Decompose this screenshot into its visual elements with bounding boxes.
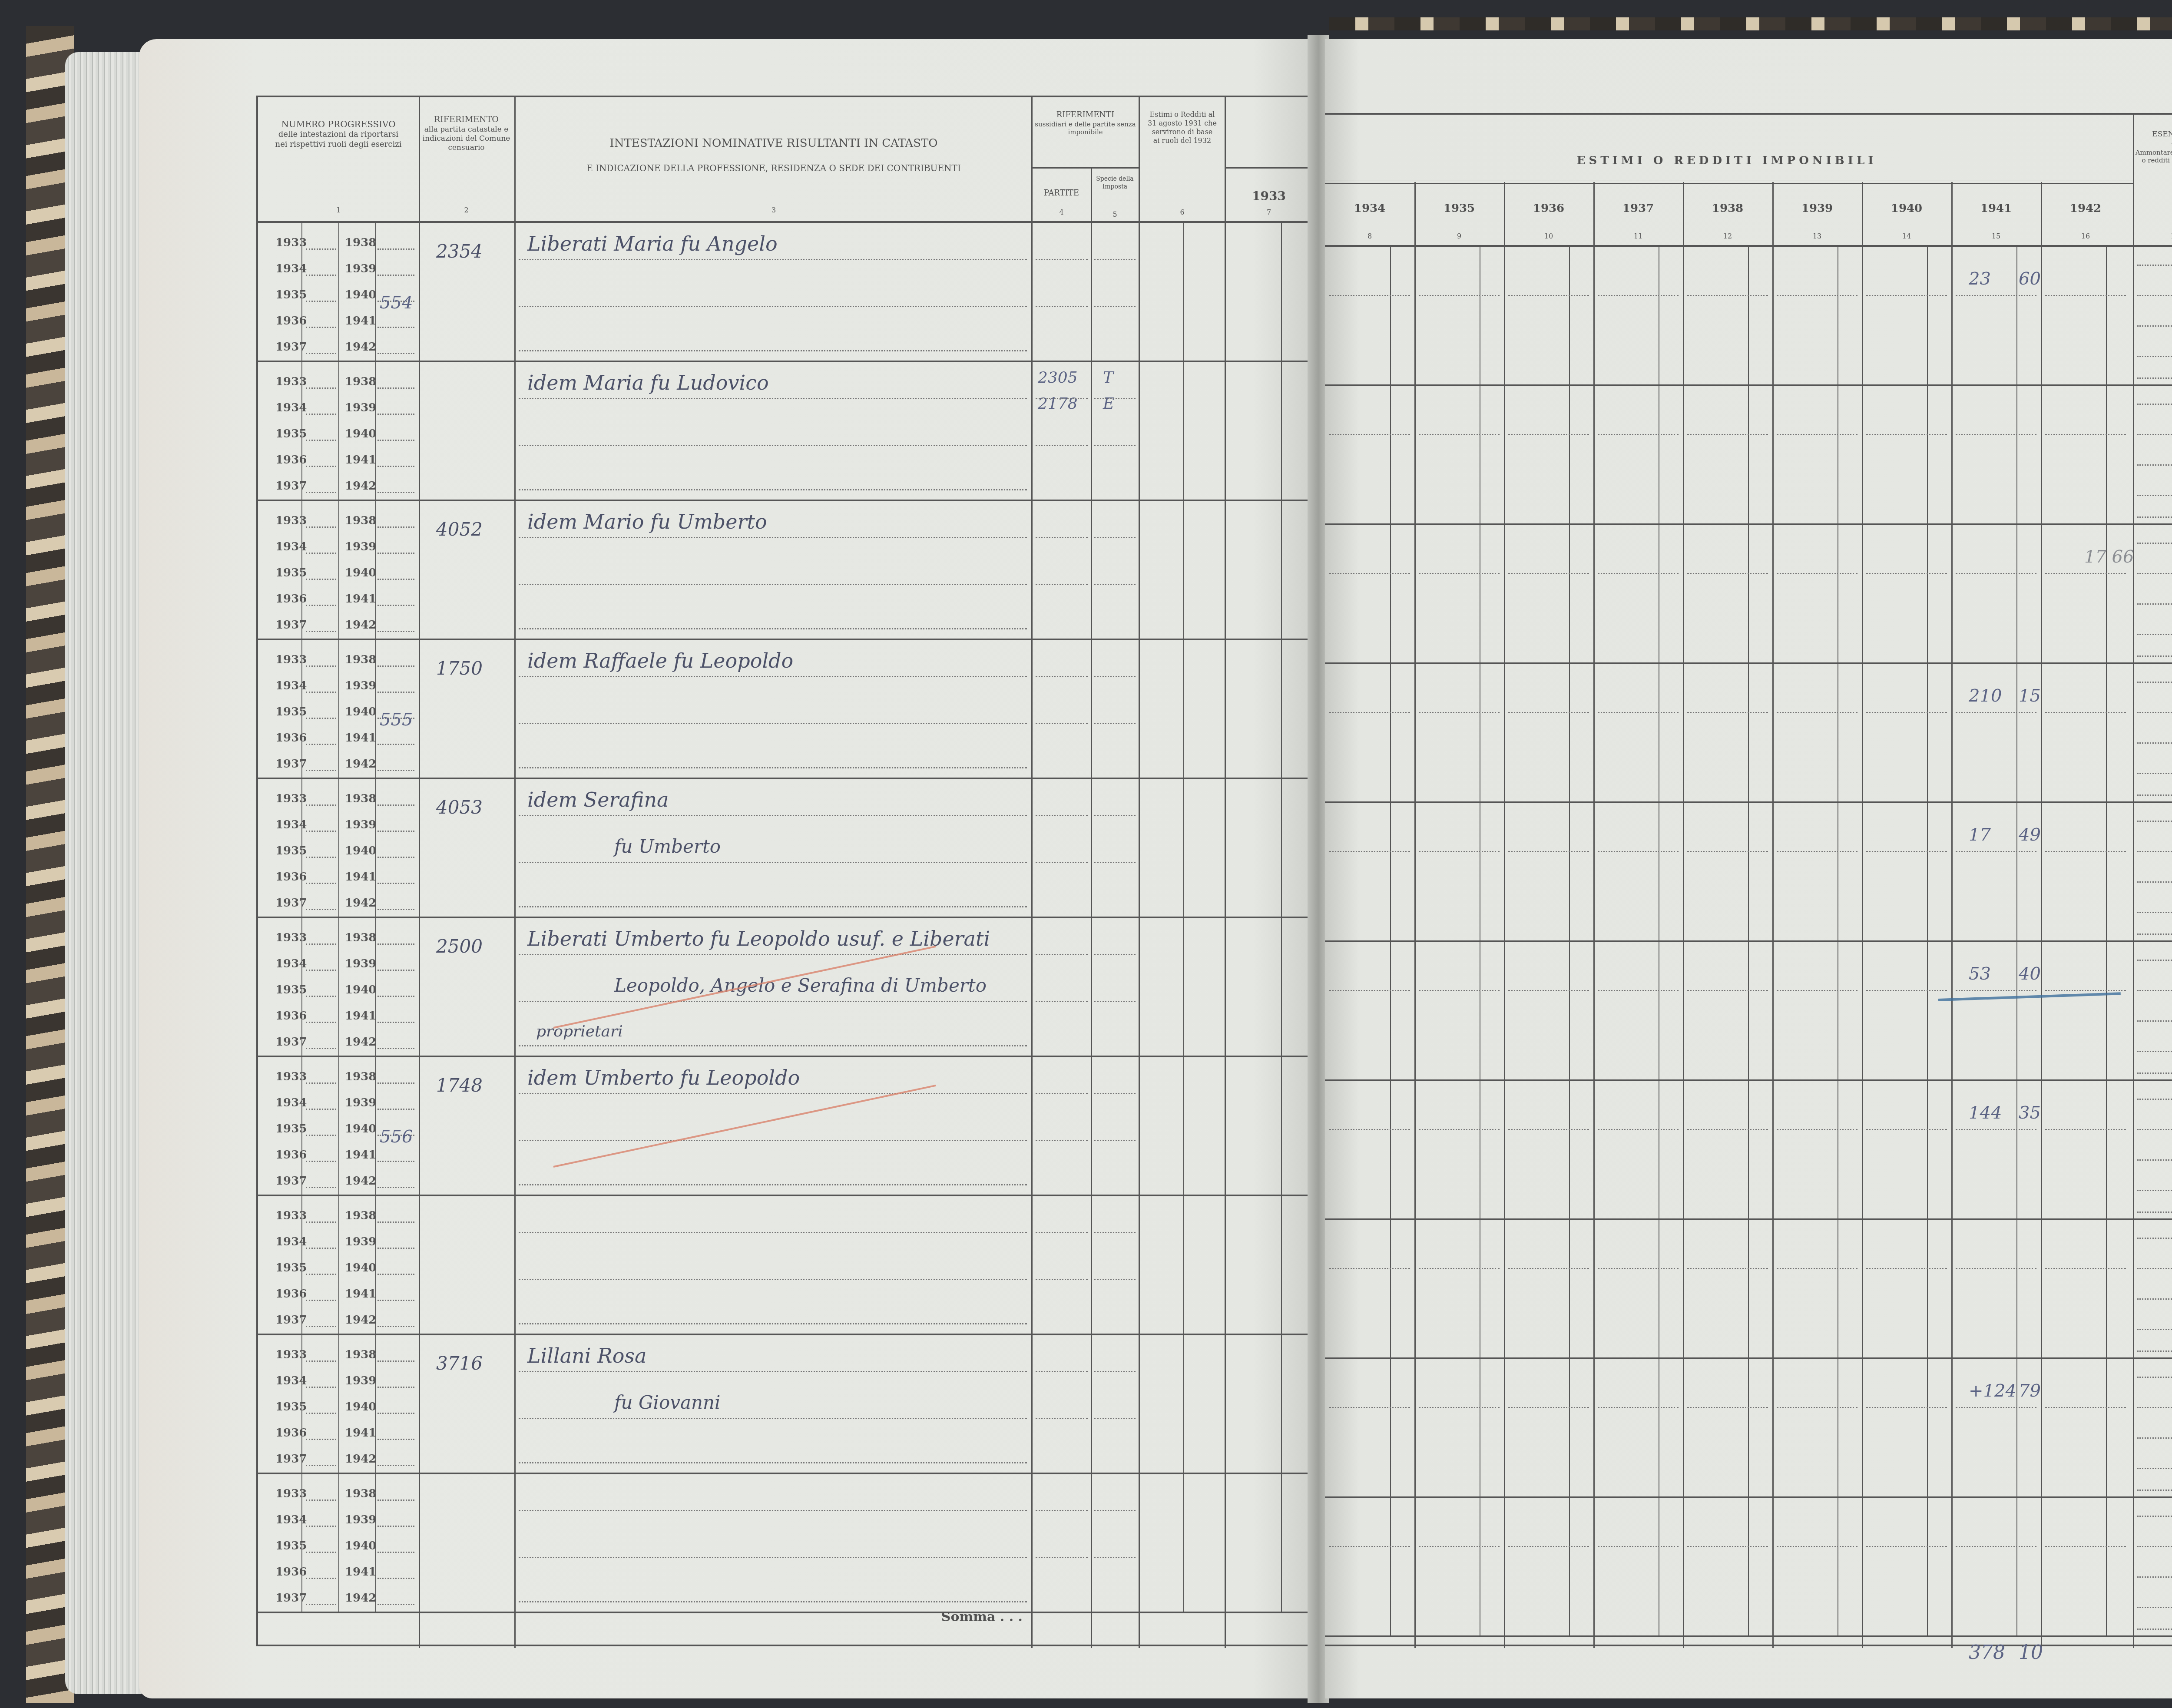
divider — [338, 362, 339, 501]
divider — [1325, 180, 2133, 184]
dotted-rule — [377, 387, 414, 389]
dotted-rule — [377, 744, 414, 745]
divider — [301, 1335, 302, 1474]
dotted-rule — [1036, 1510, 1088, 1511]
cents-divider — [1659, 664, 1659, 803]
dotted-rule — [2137, 682, 2172, 683]
cents-divider — [1927, 1359, 1928, 1498]
table-row: 14435 — [1325, 1081, 2172, 1220]
taxpayer-name-line1: idem Mario fu Umberto — [527, 510, 767, 533]
dotted-rule — [1866, 573, 1947, 574]
dotted-rule — [377, 1604, 414, 1605]
dotted-rule — [377, 1109, 414, 1110]
dotted-rule — [2137, 821, 2172, 822]
dotted-rule — [306, 353, 336, 354]
dotted-rule — [1598, 295, 1679, 296]
value-1941-cents: 40 — [2019, 964, 2041, 984]
year-label: 1942 — [345, 1453, 376, 1466]
taxpayer-name-line1: Lillani Rosa — [527, 1344, 646, 1367]
col17-dash: — — [2134, 139, 2172, 148]
cents-divider — [1390, 664, 1391, 803]
value-1941: +124 — [1969, 1381, 2016, 1401]
divider — [375, 501, 376, 640]
cents-divider — [1748, 1220, 1749, 1359]
cents-divider — [1927, 1081, 1928, 1220]
table-row: 5340579 — [1325, 942, 2172, 1081]
dotted-rule — [1687, 434, 1768, 435]
cents-divider — [1748, 942, 1749, 1081]
year-label: 1939 — [345, 957, 376, 970]
dotted-rule — [377, 883, 414, 884]
dotted-rule — [306, 1248, 336, 1249]
cents-divider — [1748, 386, 1749, 525]
dotted-rule — [1094, 1232, 1136, 1233]
table-row: 1933193819341939193519401936194119371942… — [258, 362, 1314, 501]
dotted-rule — [306, 1274, 336, 1275]
cents-divider — [2016, 803, 2017, 942]
dotted-rule — [1329, 1407, 1410, 1408]
divider — [301, 1474, 302, 1613]
dotted-rule — [1687, 1268, 1768, 1269]
cents-divider — [1659, 1498, 1659, 1637]
totals-row: 37810 — [1325, 1637, 2172, 1681]
dotted-rule — [2045, 712, 2126, 713]
dotted-rule — [306, 1221, 336, 1223]
dotted-rule — [377, 1082, 414, 1084]
dotted-rule — [1508, 1268, 1589, 1269]
column-number: 15 — [1951, 232, 2041, 240]
dotted-rule — [2137, 1377, 2172, 1378]
dotted-rule — [2137, 543, 2172, 544]
column-number: 9 — [1414, 232, 1504, 240]
partita-number: 4053 — [436, 797, 483, 818]
dotted-rule — [519, 1601, 1027, 1602]
dotted-rule — [1598, 712, 1679, 713]
dotted-rule — [519, 350, 1027, 351]
dotted-rule — [519, 815, 1027, 816]
cents-divider — [1390, 1220, 1391, 1359]
dotted-rule — [1777, 573, 1857, 574]
col45-subtitle: sussidiari e delle partite senza imponib… — [1032, 120, 1139, 137]
value-1942: 17 66 — [2084, 547, 2134, 567]
dotted-rule — [306, 387, 336, 389]
dotted-rule — [2137, 960, 2172, 961]
dotted-rule — [519, 906, 1027, 907]
partita-number: 4052 — [436, 519, 483, 540]
dotted-rule — [377, 1439, 414, 1440]
cents-divider — [1480, 1220, 1480, 1359]
cents-divider — [1659, 803, 1659, 942]
dotted-rule — [2137, 1159, 2172, 1161]
dotted-rule — [1508, 573, 1589, 574]
divider — [1032, 167, 1139, 169]
dotted-rule — [1036, 815, 1088, 816]
dotted-rule — [306, 1465, 336, 1466]
dotted-rule — [519, 1093, 1027, 1094]
dotted-rule — [1094, 676, 1136, 677]
divider — [301, 779, 302, 918]
dotted-rule — [2137, 1268, 2172, 1269]
divider — [338, 501, 339, 640]
col5-number: 5 — [1092, 210, 1138, 218]
column-number: 8 — [1325, 232, 1414, 240]
dotted-rule — [2137, 881, 2172, 883]
cents-divider — [1569, 803, 1570, 942]
cents-divider — [1927, 664, 1928, 803]
dotted-rule — [1419, 851, 1500, 852]
col45-title: RIFERIMENTI — [1032, 110, 1139, 120]
dotted-rule — [1866, 1546, 1947, 1547]
dotted-rule — [2045, 573, 2126, 574]
divider — [375, 1057, 376, 1196]
dotted-rule — [2045, 295, 2126, 296]
year-label: 1941 — [345, 1010, 376, 1023]
dotted-rule — [519, 398, 1027, 399]
cents-divider — [2016, 525, 2017, 664]
divider — [338, 918, 339, 1057]
dotted-rule — [1036, 954, 1088, 955]
dotted-rule — [2137, 1629, 2172, 1630]
cents-divider — [1569, 1498, 1570, 1637]
dotted-rule — [377, 1187, 414, 1188]
sub-partita: 2305 — [1038, 369, 1078, 387]
dotted-rule — [306, 744, 336, 745]
cents-divider — [1569, 247, 1570, 386]
year-label: 1940 — [345, 844, 376, 857]
cents-divider — [1480, 942, 1480, 1081]
dotted-rule — [1036, 1140, 1088, 1141]
dotted-rule — [1094, 259, 1136, 260]
dotted-rule — [1508, 434, 1589, 435]
table-row: 21015578 — [1325, 664, 2172, 803]
tax-type: T — [1103, 369, 1113, 387]
right-page: Mod. 111 - Imposte Dirette (Intercalare)… — [1325, 39, 2172, 1698]
dotted-rule — [1866, 434, 1947, 435]
cents-divider — [1480, 247, 1480, 386]
table-row: 1933193819341939193519401936194119371942… — [258, 779, 1314, 918]
divider — [1183, 779, 1184, 918]
cents-divider — [1480, 1498, 1480, 1637]
dotted-rule — [306, 631, 336, 632]
dotted-rule — [1508, 1546, 1589, 1547]
taxpayer-name-line1: idem Serafina — [527, 788, 669, 811]
taxpayer-name-line1: idem Maria fu Ludovico — [527, 371, 769, 394]
cents-divider — [2106, 1498, 2107, 1637]
right-register-table: ESTIMI O REDDITI IMPONIBILI 193481935919… — [1325, 113, 2172, 1646]
cents-divider — [1659, 386, 1659, 525]
dotted-rule — [519, 1140, 1027, 1141]
dotted-rule — [306, 1604, 336, 1605]
dotted-rule — [1094, 306, 1136, 307]
dotted-rule — [306, 327, 336, 328]
column-number: 13 — [1772, 232, 1862, 240]
cents-divider — [1569, 664, 1570, 803]
cents-divider — [1480, 1359, 1480, 1498]
year-label: 1940 — [345, 427, 376, 440]
dotted-rule — [1508, 295, 1589, 296]
dotted-rule — [2137, 655, 2172, 657]
table-row: 1933193819341939193519401936194119371942… — [258, 1057, 1314, 1196]
cents-divider — [1569, 1081, 1570, 1220]
col4-title: PARTITE — [1032, 189, 1091, 199]
year-label: 1940 — [345, 1400, 376, 1413]
cents-divider — [1838, 1220, 1838, 1359]
dotted-rule — [1687, 851, 1768, 852]
dotted-rule — [1329, 990, 1410, 991]
dotted-rule — [1094, 398, 1136, 399]
dotted-rule — [1329, 712, 1410, 713]
dotted-rule — [1329, 1129, 1410, 1130]
dotted-rule — [1956, 573, 2036, 574]
dotted-rule — [1508, 712, 1589, 713]
dotted-rule — [519, 1371, 1027, 1372]
dotted-rule — [1956, 295, 2036, 296]
dotted-rule — [2137, 325, 2172, 327]
dotted-rule — [2137, 377, 2172, 379]
dotted-rule — [519, 862, 1027, 863]
dotted-rule — [1329, 434, 1410, 435]
dotted-rule — [1419, 434, 1500, 435]
cents-divider — [1390, 1359, 1391, 1498]
cents-divider — [2016, 1359, 2017, 1498]
divider — [375, 918, 376, 1057]
col17-subtitle: Ammontare degli estimi o redditi e scade… — [2134, 149, 2172, 165]
year-label: 1938 — [345, 1348, 376, 1361]
dotted-rule — [1687, 712, 1768, 713]
dotted-rule — [2137, 1099, 2172, 1100]
divider — [1281, 501, 1282, 640]
year-label: 1939 — [345, 1096, 376, 1109]
dotted-rule — [377, 665, 414, 667]
table-row — [1325, 1220, 2172, 1359]
dotted-rule — [306, 526, 336, 528]
year-label: 1942 — [345, 480, 376, 493]
dotted-rule — [1956, 712, 2036, 713]
dotted-rule — [1777, 295, 1857, 296]
divider — [1183, 1196, 1184, 1335]
divider — [338, 1335, 339, 1474]
dotted-rule — [377, 353, 414, 354]
divider — [338, 640, 339, 779]
year-label: 1939 — [345, 1235, 376, 1248]
year-label: 1942 — [345, 1036, 376, 1049]
dotted-rule — [1956, 1129, 2036, 1130]
cents-divider — [1838, 525, 1838, 664]
divider — [301, 501, 302, 640]
dotted-rule — [2137, 1190, 2172, 1191]
dotted-rule — [306, 970, 336, 971]
year-label: 1939 — [345, 540, 376, 553]
cents-divider — [1569, 942, 1570, 1081]
column-number: 16 — [2041, 232, 2130, 240]
cents-divider — [1838, 1498, 1838, 1637]
dotted-rule — [519, 1510, 1027, 1511]
year-column-header: 1935 — [1414, 202, 1504, 216]
divider — [1281, 1335, 1282, 1474]
table-row: 1933193819341939193519401936194119371942… — [258, 223, 1314, 362]
divider — [1183, 640, 1184, 779]
cents-divider — [1659, 1220, 1659, 1359]
dotted-rule — [1036, 862, 1088, 863]
year-label: 1939 — [345, 262, 376, 275]
dotted-rule — [2137, 1211, 2172, 1213]
cents-divider — [1390, 386, 1391, 525]
blue-strike-mark — [1938, 992, 2121, 1001]
dotted-rule — [519, 767, 1027, 768]
dotted-rule — [306, 466, 336, 467]
table-row: 1933193819341939193519401936194119371942… — [258, 501, 1314, 640]
dotted-rule — [2137, 712, 2172, 713]
year-label: 1938 — [345, 653, 376, 666]
cents-divider — [1927, 1220, 1928, 1359]
dotted-rule — [306, 831, 336, 832]
dotted-rule — [1956, 1407, 2036, 1408]
value-1941: 210 — [1969, 686, 2002, 706]
cents-divider — [1927, 525, 1928, 664]
dotted-rule — [377, 692, 414, 693]
table-row: 1933193819341939193519401936194119371942… — [258, 918, 1314, 1057]
dotted-rule — [1866, 1268, 1947, 1269]
year-label: 1940 — [345, 705, 376, 718]
cents-divider — [1838, 1081, 1838, 1220]
dotted-rule — [2137, 851, 2172, 852]
dotted-rule — [306, 1082, 336, 1084]
divider — [1281, 362, 1282, 501]
dotted-rule — [377, 414, 414, 415]
dotted-rule — [2137, 603, 2172, 605]
dotted-rule — [1036, 1279, 1088, 1280]
dotted-rule — [2045, 851, 2126, 852]
dotted-rule — [2137, 1329, 2172, 1330]
dotted-rule — [377, 857, 414, 858]
dotted-rule — [1777, 434, 1857, 435]
dotted-rule — [1956, 851, 2036, 852]
dotted-rule — [306, 1300, 336, 1301]
dotted-rule — [306, 1187, 336, 1188]
year-label: 1940 — [345, 1122, 376, 1135]
dotted-rule — [377, 1578, 414, 1579]
dotted-rule — [2137, 1468, 2172, 1469]
sum-1941-cents: 10 — [2019, 1642, 2043, 1664]
col2-title: RIFERIMENTO — [420, 115, 513, 125]
page-edges-left — [65, 52, 148, 1694]
divider — [301, 1196, 302, 1335]
divider — [301, 1057, 302, 1196]
cents-divider — [1480, 1081, 1480, 1220]
dotted-rule — [1036, 1232, 1088, 1233]
taxpayer-name-line1: idem Raffaele fu Leopoldo — [527, 649, 793, 672]
dotted-rule — [1036, 259, 1088, 260]
value-1941-cents: 35 — [2019, 1103, 2041, 1123]
dotted-rule — [377, 275, 414, 276]
table-row: 1933193819341939193519401936194119371942 — [258, 1196, 1314, 1335]
year-label: 1940 — [345, 1261, 376, 1274]
dotted-rule — [1094, 723, 1136, 724]
cents-divider — [2016, 386, 2017, 525]
col45-header: RIFERIMENTI sussidiari e delle partite s… — [1032, 110, 1139, 136]
divider — [375, 1474, 376, 1613]
divider — [1183, 1057, 1184, 1196]
dotted-rule — [306, 1360, 336, 1362]
dotted-rule — [1508, 990, 1589, 991]
col17-title: ESENZIONI — [2134, 130, 2172, 139]
dotted-rule — [377, 970, 414, 971]
dotted-rule — [1866, 712, 1947, 713]
cents-divider — [2106, 386, 2107, 525]
dotted-rule — [519, 537, 1027, 538]
col1-header: NUMERO PROGRESSIVO delle intestazioni da… — [258, 119, 419, 149]
dotted-rule — [377, 1274, 414, 1275]
dotted-rule — [306, 883, 336, 884]
header-bottom-rule — [258, 221, 1314, 223]
dotted-rule — [306, 414, 336, 415]
dotted-rule — [377, 466, 414, 467]
dotted-rule — [306, 665, 336, 667]
dotted-rule — [306, 996, 336, 997]
dotted-rule — [1094, 954, 1136, 955]
dotted-rule — [2137, 434, 2172, 435]
dotted-rule — [2137, 634, 2172, 635]
col7-number: 7 — [1225, 208, 1312, 216]
col7-year: 1933 — [1225, 189, 1312, 204]
dotted-rule — [1094, 1371, 1136, 1372]
year-label: 1942 — [345, 1592, 376, 1605]
dotted-rule — [1419, 990, 1500, 991]
table-row — [1325, 386, 2172, 525]
partita-number: 2500 — [436, 936, 483, 957]
column-number: 12 — [1683, 232, 1772, 240]
estimi-group-title: ESTIMI O REDDITI IMPONIBILI — [1325, 154, 2129, 168]
dotted-rule — [1956, 1268, 2036, 1269]
dotted-rule — [519, 954, 1027, 955]
dotted-rule — [1036, 537, 1088, 538]
dotted-rule — [2137, 404, 2172, 405]
cents-divider — [1659, 525, 1659, 664]
dotted-rule — [377, 1465, 414, 1466]
dotted-rule — [2137, 1437, 2172, 1439]
year-label: 1941 — [345, 732, 376, 745]
taxpayer-name-line1: Liberati Maria fu Angelo — [527, 232, 778, 255]
cents-divider — [1838, 247, 1838, 386]
cents-divider — [2106, 803, 2107, 942]
year-label: 1939 — [345, 1513, 376, 1526]
col17-number: 17 — [2134, 232, 2172, 240]
cents-divider — [1569, 1220, 1570, 1359]
dotted-rule — [1508, 1129, 1589, 1130]
dotted-rule — [1777, 1407, 1857, 1408]
dotted-rule — [306, 1526, 336, 1527]
cents-divider — [1659, 1081, 1659, 1220]
dotted-rule — [377, 605, 414, 606]
table-row: 2360577 — [1325, 247, 2172, 386]
year-label: 1940 — [345, 1539, 376, 1552]
dotted-rule — [1036, 1371, 1088, 1372]
year-column-header: 1940 — [1862, 202, 1951, 216]
col2-header: RIFERIMENTO alla partita catastale e ind… — [420, 115, 513, 153]
dotted-rule — [1036, 1557, 1088, 1558]
dotted-rule — [306, 770, 336, 771]
dotted-rule — [1036, 723, 1088, 724]
dotted-rule — [377, 440, 414, 441]
cents-divider — [1480, 525, 1480, 664]
cents-divider — [1838, 664, 1838, 803]
dotted-rule — [1598, 1546, 1679, 1547]
dotted-rule — [306, 1387, 336, 1388]
divider — [375, 1335, 376, 1474]
cents-divider — [1390, 247, 1391, 386]
value-1941: 23 — [1969, 269, 1991, 289]
cents-divider — [1659, 942, 1659, 1081]
